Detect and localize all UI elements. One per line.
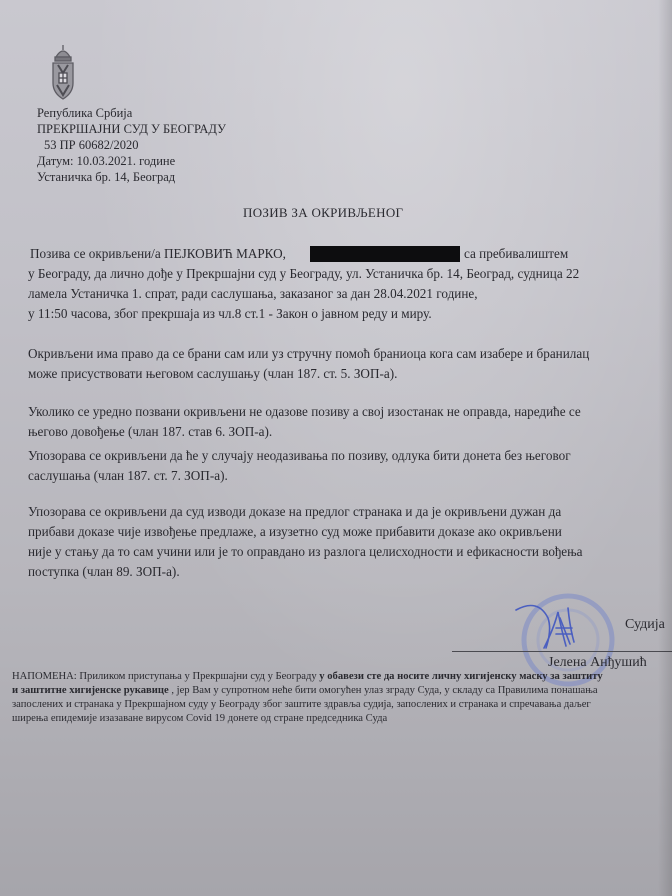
serbia-coat-of-arms-icon [50,43,76,103]
summons-line-3: ламела Устаничка 1. спрат, ради саслушањ… [28,284,478,303]
case-number: 53 ПР 60682/2020 [44,137,138,154]
summons-line-2: у Београду, да лично дође у Прекршајни с… [28,264,579,283]
paragraph-evidence-4: поступка (члан 89. ЗОП-а). [28,562,180,581]
judge-name: Јелена Анђушић [548,655,647,671]
paragraph-evidence-1: Упозорава се окривљени да суд изводи док… [28,502,561,521]
note-line-2-bold: и заштитне хигијенске рукавице [12,685,169,696]
paragraph-defense-right-2: може присуствовати његовом саслушању (чл… [28,364,397,383]
signature-line [452,651,672,652]
summons-line-4: у 11:50 часова, због прекршаја из чл.8 с… [28,304,432,323]
summons-line-1-end: са пребивалиштем [464,244,568,263]
note-line-1-bold: у обавези сте да носите личну хигијенску… [319,671,602,682]
note-line-2-normal: , јер Вам у супротном неће бити омогућен… [169,685,598,696]
handwritten-signature-icon [508,598,588,658]
note-line-1: НАПОМЕНА: Приликом приступања у Прекршај… [12,670,603,684]
paragraph-absence-2: његово довођење (члан 187. став 6. ЗОП-а… [28,422,272,441]
document-page: Република Србија ПРЕКРШАЈНИ СУД У БЕОГРА… [0,0,672,896]
paragraph-evidence-3: није у стању да то сам учини или је то о… [28,542,583,561]
paragraph-evidence-2: прибави доказе чије извођење предлаже, а… [28,522,562,541]
document-title: ПОЗИВ ЗА ОКРИВЉЕНОГ [243,205,403,221]
paragraph-absence-1: Уколико се уредно позвани окривљени не о… [28,402,581,421]
paragraph-warning-1: Упозорава се окривљени да ће у случају н… [28,446,571,465]
paragraph-warning-2: саслушања (члан 187. ст. 7. ЗОП-а). [28,466,228,485]
country-name: Република Србија [37,105,132,122]
judge-label: Судија [625,617,665,633]
court-name: ПРЕКРШАЈНИ СУД У БЕОГРАДУ [37,121,226,138]
court-address: Устаничка бр. 14, Београд [37,169,175,186]
document-date: Датум: 10.03.2021. године [37,153,175,170]
note-line-3: запослених и странака у Прекршајном суду… [12,698,591,712]
note-line-1-normal: НАПОМЕНА: Приликом приступања у Прекршај… [12,671,319,682]
summons-line-1-start: Позива се окривљени/а ПЕЈКОВИЋ МАРКО, [30,244,286,263]
redaction-bar [310,246,460,262]
note-line-2: и заштитне хигијенске рукавице , јер Вам… [12,684,598,698]
note-line-4: ширења епидемије изазаване вирусом Covid… [12,712,387,726]
paragraph-defense-right-1: Окривљени има право да се брани сам или … [28,344,589,363]
